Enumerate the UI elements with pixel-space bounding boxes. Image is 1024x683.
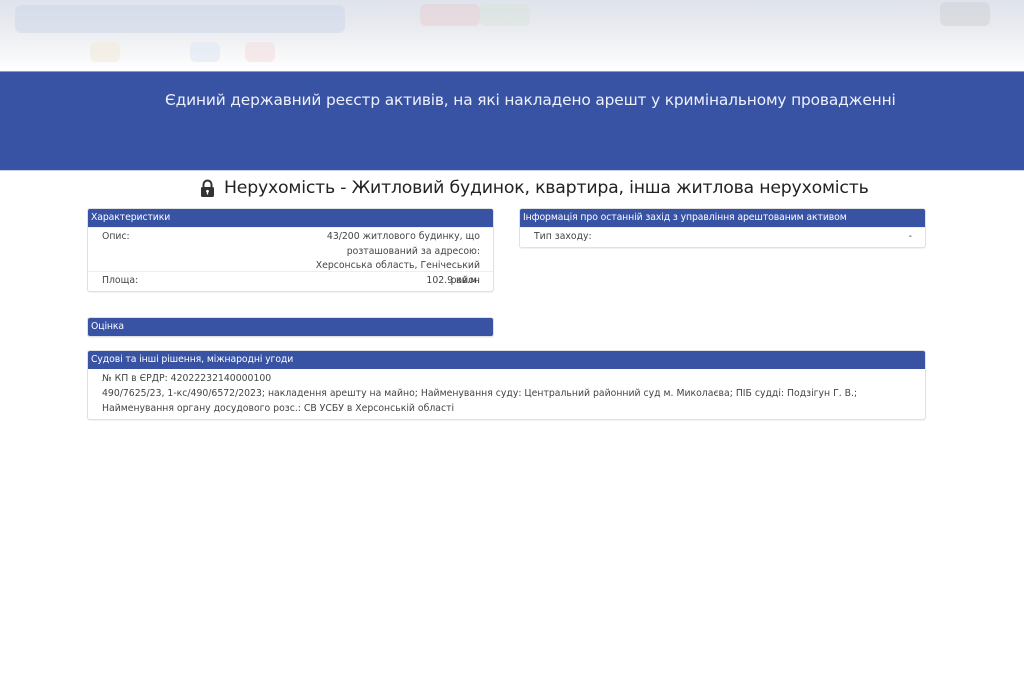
characteristics-heading: Характеристики [88,209,493,227]
blurred-avatar [940,2,990,26]
page-title-text: Нерухомість - Житловий будинок, квартира… [224,178,869,198]
court-decisions-panel: Судові та інші рішення, міжнародні угоди… [87,350,926,420]
criminal-case-number: № КП в ЄРДР: 42022232140000100 [102,371,911,386]
area-value: 102.9 кв.м. [426,274,480,289]
browser-chrome-blurred [0,0,1024,71]
registry-title: Єдиний державний реєстр активів, на які … [165,91,896,109]
site-header: Єдиний державний реєстр активів, на які … [0,71,1024,171]
last-measure-row-type: Тип заходу: - [520,227,925,247]
measure-type-label: Тип заходу: [534,230,592,245]
blurred-bookmark [245,42,275,62]
last-measure-heading: Інформація про останній захід з управлін… [520,209,925,227]
characteristics-row-area: Площа: 102.9 кв.м. [88,271,493,291]
valuation-heading: Оцінка [88,318,493,336]
characteristics-panel: Характеристики Опис: 43/200 житлового бу… [87,208,494,292]
blurred-bookmark [190,42,220,62]
characteristics-row-description: Опис: 43/200 житлового будинку, що розта… [88,227,493,271]
last-measure-panel: Інформація про останній захід з управлін… [519,208,926,248]
blurred-bookmark [90,42,120,62]
page-title: Нерухомість - Житловий будинок, квартира… [200,176,869,200]
description-label: Опис: [102,230,130,269]
court-decision-text: 490/7625/23, 1-кс/490/6572/2023; накладе… [102,386,911,416]
area-label: Площа: [102,274,138,289]
lock-icon [200,179,215,197]
description-value: 43/200 житлового будинку, що розташовани… [300,230,480,269]
valuation-panel: Оцінка [87,317,494,337]
blurred-tab [480,4,530,26]
court-decisions-heading: Судові та інші рішення, міжнародні угоди [88,351,925,369]
measure-type-value: - [909,230,912,245]
blurred-tab [15,5,345,33]
court-decisions-body: № КП в ЄРДР: 42022232140000100 490/7625/… [88,369,925,419]
blurred-tab [420,4,480,26]
